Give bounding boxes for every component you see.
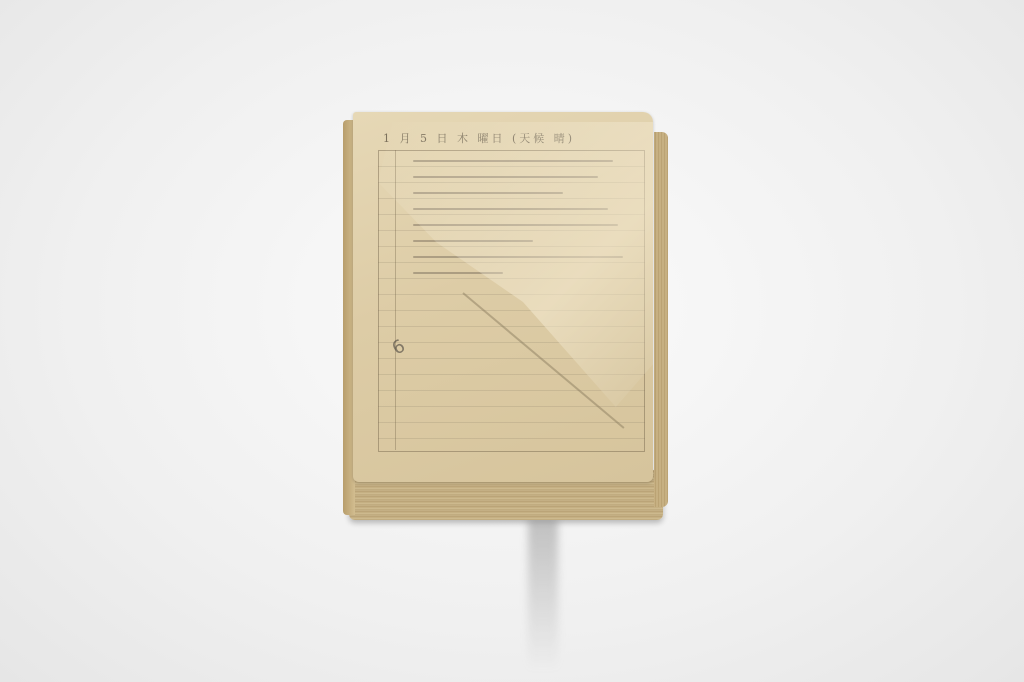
- page-edges: [654, 132, 668, 507]
- diary-notebook: 1 月 5 日 木 曜日 (天候 晴) 6: [343, 112, 668, 522]
- open-page: 1 月 5 日 木 曜日 (天候 晴) 6: [353, 112, 653, 482]
- shadow: [528, 520, 558, 670]
